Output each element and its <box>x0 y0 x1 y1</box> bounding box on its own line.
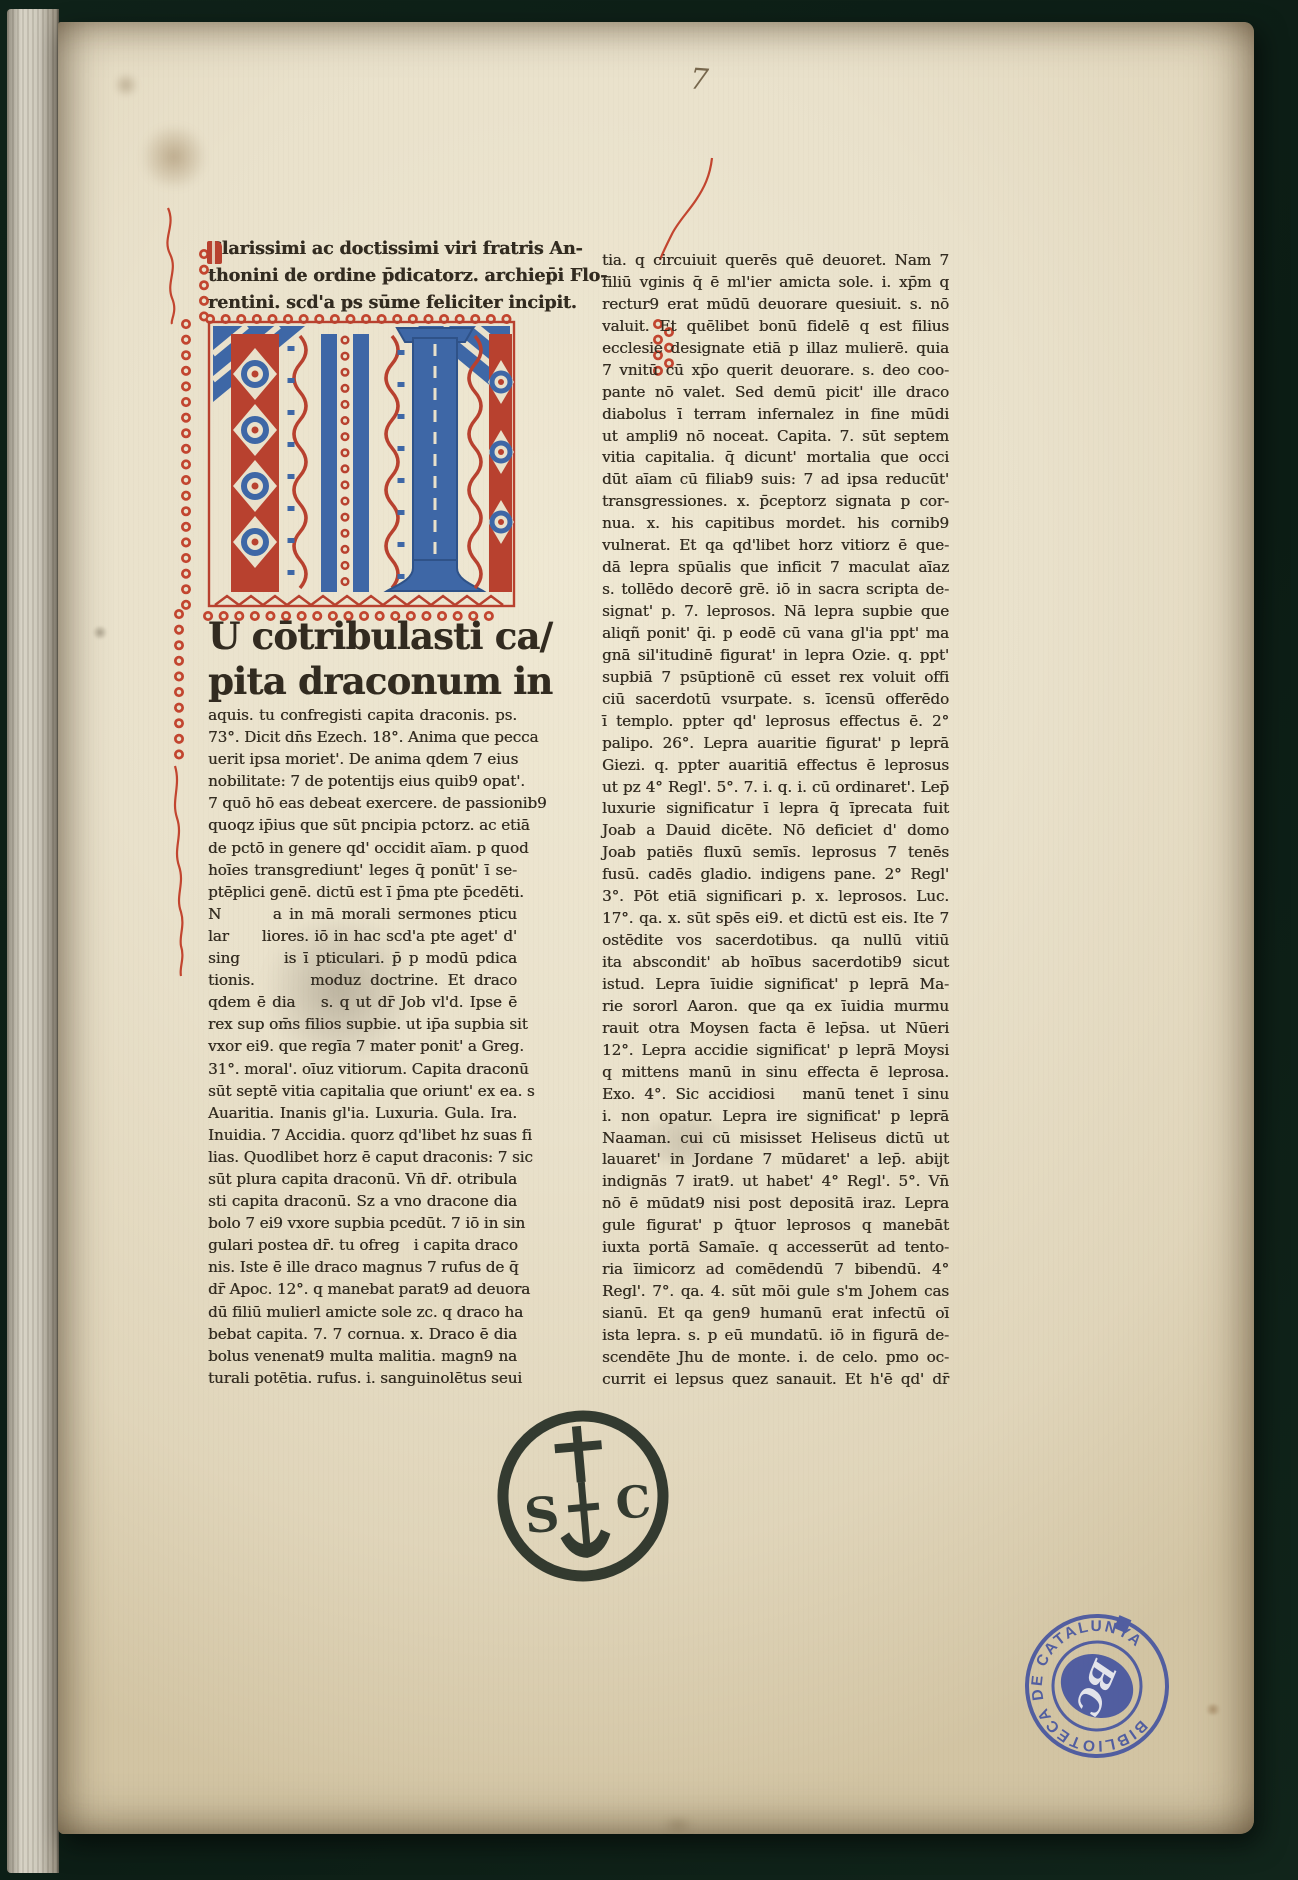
paraph-mark <box>207 241 222 264</box>
text-line: ut pz 4° Regl'. 5°. 7. i. q. i. cū ordin… <box>602 778 949 800</box>
text-line: 17°. qa. x. sūt spēs ei9. et dictū est e… <box>602 909 949 931</box>
text-line: rauit otra Moysen facta ē lep̄sa. ut Nūe… <box>602 1019 949 1041</box>
text-line: bolus venenat9 multa malitia. magn9 na <box>208 1347 517 1369</box>
text-line: rie sororl Aaron. que qa ex īuidia murmu <box>602 997 949 1019</box>
left-text-column: aquis. tu confregisti capita draconis. p… <box>208 706 517 1391</box>
text-line: istud. Lepra īuidie significat' p leprā … <box>602 975 949 997</box>
text-line: dū filiū mulierl amicte sole zc. q draco… <box>208 1303 517 1325</box>
text-line: 3°. Pōt etiā significari p. x. leprosos.… <box>602 887 949 909</box>
text-line: Exo. 4°. Sic accidiosi manū tenet ī sinu <box>602 1085 949 1107</box>
text-line: 7 quō hō eas debeat exercere. de passion… <box>208 794 517 816</box>
text-line: 12°. Lepra accidie significat' p leprā M… <box>602 1041 949 1063</box>
text-line: hoīes transgrediunt' leges q̄ ponūt' ī s… <box>208 861 517 883</box>
text-line: ria īimicorz ad comēdendū 7 bibendū. 4° <box>602 1260 949 1282</box>
text-line: ita abscondit' ab hoībus sacerdotib9 sic… <box>602 953 949 975</box>
text-line: bebat capita. 7. 7 cornua. x. Draco ē di… <box>208 1325 517 1347</box>
folio-number: 7 <box>689 61 710 96</box>
text-line: ecclesie designate etiā p illaz mulierē.… <box>602 339 949 361</box>
text-line: sti capita draconū. Sz a vno dracone dia <box>208 1192 517 1214</box>
text-line: 31°. moral'. oīuz vitiorum. Capita draco… <box>208 1060 517 1082</box>
text-line: pante nō valet. Sed demū picit' ille dra… <box>602 383 949 405</box>
text-line: de pctō in genere qd' occidit aīam. p qu… <box>208 839 517 861</box>
text-line: tia. q circuiuit querēs quē deuoret. Nam… <box>602 251 949 273</box>
stamp-monogram: BC <box>1067 1654 1125 1721</box>
text-line: iuxta portā Samaīe. q accesserūt ad tent… <box>602 1238 949 1260</box>
text-line: filiū vginis q̄ ē ml'ier amicta sole. i.… <box>602 273 949 295</box>
text-line: gulari postea dr̄. tu ofreg i capita dra… <box>208 1236 517 1258</box>
text-line: Regl'. 7°. qa. 4. sūt mōi gule s'm Johem… <box>602 1282 949 1304</box>
incipit-large-text: U cōtribulasti ca/pita draconum in <box>208 614 518 704</box>
text-line: lias. Quodlibet horz ē caput draconis: 7… <box>208 1148 517 1170</box>
stain <box>1204 1704 1222 1715</box>
text-line: palipo. 26°. Lepra auaritie figurat' p l… <box>602 734 949 756</box>
text-line: transgressiones. x. p̄ceptorz signata p … <box>602 492 949 514</box>
text-line: vitia capitalia. q̄ dicunt' mortalia que… <box>602 448 949 470</box>
incunabulum-page: 7 <box>58 22 1254 1834</box>
stain <box>92 626 108 639</box>
text-line: Joab patiēs fluxū semīs. leprosus 7 tenē… <box>602 843 949 865</box>
text-line: ista lepra. s. p eū mundatū. iō in figur… <box>602 1326 949 1348</box>
text-line: dā lepra spūalis que inficit 7 maculat a… <box>602 558 949 580</box>
text-line: ī templo. ppter qd' leprosus effectus ē.… <box>602 712 949 734</box>
right-text-column: tia. q circuiuit querēs quē deuoret. Nam… <box>602 251 949 1392</box>
stamp-ring-text: BIBLIOTECA DE CATALUNYA <box>1021 1610 1173 1762</box>
text-line: s. tollēdo decorē grē. iō in sacra scrip… <box>602 580 949 602</box>
text-line: rentini. scd'a ps sūme feliciter incipit… <box>208 292 518 319</box>
text-line: Inuidia. 7 Accidia. quorz qd'libet hz su… <box>208 1126 517 1148</box>
text-line: indignās 7 irat9. ut habet' 4° Regl'. 5°… <box>602 1172 949 1194</box>
text-line: sūt plura capita draconū. Vn̄ dr̄. otrib… <box>208 1170 517 1192</box>
text-line: nis. Iste ē ille draco magnus 7 rufus de… <box>208 1258 517 1280</box>
text-line: Auaritia. Inanis gl'ia. Luxuria. Gula. I… <box>208 1104 517 1126</box>
text-line: ciū sacerdotū vsurpate. s. īcensū offerē… <box>602 690 949 712</box>
library-stamp: BC BIBLIOTECA DE CATALUNYA <box>1021 1610 1173 1762</box>
text-line: fusū. cadēs gladio. indigens pane. 2° Re… <box>602 865 949 887</box>
text-line: sianū. Et qa gen9 humanū erat infectū oī <box>602 1304 949 1326</box>
incipit-header: Clarissimi ac doctissimi viri fratris An… <box>208 238 518 319</box>
text-line: pita draconum in <box>208 659 518 704</box>
text-line: gule figurat' p q̄tuor leprosos q manebā… <box>602 1216 949 1238</box>
text-line: luxurie significatur ī lepra q̄ īprecata… <box>602 799 949 821</box>
text-line: supbiā 7 psūptionē cū esset rex voluit o… <box>602 668 949 690</box>
text-line: diabolus ī terram infernalez in fine mūd… <box>602 405 949 427</box>
text-line: nobilitate: 7 de potentijs eius quib9 op… <box>208 772 517 794</box>
text-line: turali potētia. rufus. i. sanguinolētus … <box>208 1369 517 1391</box>
text-line: 7 vnitū cū xp̄o querit deuorare. s. deo … <box>602 361 949 383</box>
cross-anchor-icon <box>551 1424 612 1560</box>
stain <box>112 74 140 96</box>
text-line: currit ei lepsus quez sanauit. Et h'ē qd… <box>602 1370 949 1392</box>
text-line: lar liores. iō in hac scd'a pte aget' d' <box>208 927 517 949</box>
svg-text:BIBLIOTECA DE CATALUNYA: BIBLIOTECA DE CATALUNYA <box>1021 1610 1173 1762</box>
text-line: bolo 7 ei9 vxore supbia pcedūt. 7 iō in … <box>208 1214 517 1236</box>
text-line: gnā sil'itudinē figurat' in lepra Ozie. … <box>602 646 949 668</box>
text-line: qdem ē dia s. q ut dr̄ Job vl'd. Ipse ē <box>208 993 517 1015</box>
stain <box>656 1818 700 1832</box>
text-line: Clarissimi ac doctissimi viri fratris An… <box>208 238 518 265</box>
text-line: tionis. moduz doctrine. Et draco <box>208 971 517 993</box>
text-line: Joab a Dauid dicēte. Nō deficiet d' domo <box>602 821 949 843</box>
text-line: ut ampli9 nō noceat. Capita. 7. sūt sept… <box>602 427 949 449</box>
text-line: vxor ei9. que regīa 7 mater ponit' a Gre… <box>208 1037 517 1059</box>
sc-ink-stamp: S C <box>493 1406 673 1586</box>
text-line: sing is ī pticulari. p̄ p modū pdica <box>208 949 517 971</box>
text-line: q mittens manū in sinu effecta ē leprosa… <box>602 1063 949 1085</box>
text-line: ostēdite vos sacerdotibus. qa nullū viti… <box>602 931 949 953</box>
book-fore-edge <box>7 9 59 1873</box>
text-line: scendēte Jhu de monte. i. de celo. pmo o… <box>602 1348 949 1370</box>
text-line: lauaret' in Jordane 7 mūdaret' a lep̄. a… <box>602 1150 949 1172</box>
decorated-initial-woodcut <box>207 320 516 610</box>
text-line: rex sup om̄s filios supbie. ut ip̄a supb… <box>208 1015 517 1037</box>
text-line: nua. x. his capitibus mordet. his cornib… <box>602 514 949 536</box>
text-line: ptēplici genē. dictū est ī p̄ma pte p̄ce… <box>208 883 517 905</box>
text-line: aquis. tu confregisti capita draconis. p… <box>208 706 517 728</box>
text-line: i. non opatur. Lepra ire significat' p l… <box>602 1107 949 1129</box>
text-line: vulnerat. Et qa qd'libet horz vitiorz ē … <box>602 536 949 558</box>
scanned-book-photograph: 7 <box>0 0 1298 1880</box>
text-line: N a in mā morali sermones pticu <box>208 905 517 927</box>
stamp-letter-c: C <box>614 1476 653 1530</box>
text-line: rectur9 erat mūdū deuorare quesiuit. s. … <box>602 295 949 317</box>
text-line: uerit ipsa moriet'. De anima qdem 7 eius <box>208 750 517 772</box>
text-line: U cōtribulasti ca/ <box>208 614 518 659</box>
text-line: signat' p. 7. leprosos. Nā lepra supbie … <box>602 602 949 624</box>
text-line: quoqz ip̄ius que sūt pncipia pctorz. ac … <box>208 816 517 838</box>
text-line: dūt aīam cū filiab9 suis: 7 ad ipsa redu… <box>602 470 949 492</box>
text-line: thonini de ordine p̄dicatorz. archiep̄i … <box>208 265 518 292</box>
stamp-letter-s: S <box>522 1486 561 1545</box>
text-line: Naaman. cui cū misisset Heliseus dictū u… <box>602 1129 949 1151</box>
text-line: sūt septē vitia capitalia que oriunt' ex… <box>208 1082 517 1104</box>
text-line: Giezi. q. ppter auaritiā effectus ē lepr… <box>602 756 949 778</box>
text-line: dr̄ Apoc. 12°. q manebat parat9 ad deuor… <box>208 1280 517 1302</box>
text-line: valuit. Et quēlibet bonū fidelē q est fi… <box>602 317 949 339</box>
text-line: aliqñ ponit' q̄i. p eodē cū vana gl'ia p… <box>602 624 949 646</box>
text-line: 73°. Dicit dn̄s Ezech. 18°. Anima que pe… <box>208 728 517 750</box>
text-line: nō ē mūdat9 nisi post depositā iraz. Lep… <box>602 1194 949 1216</box>
stain <box>138 126 210 188</box>
